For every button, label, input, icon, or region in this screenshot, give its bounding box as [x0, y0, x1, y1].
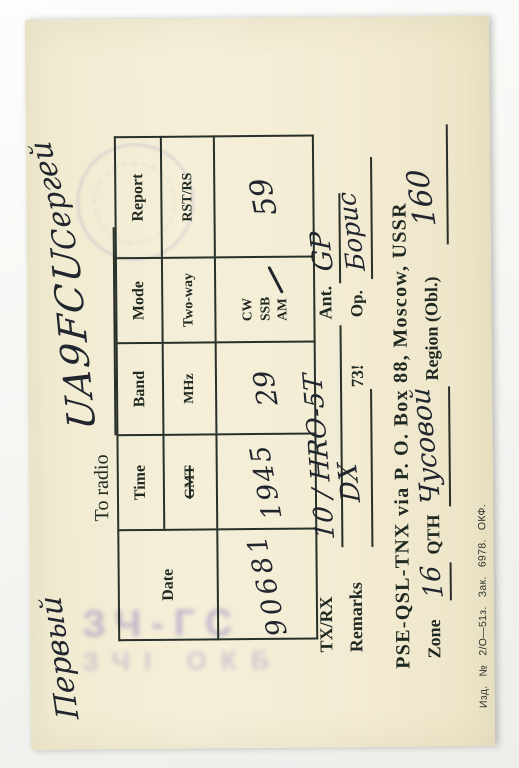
- table-subheader-mhz: MHz: [163, 342, 217, 434]
- qsl-card: ЗЧ-ГС ЗЧІ ОКБ Первый Сергей To radio UA9…: [25, 16, 495, 750]
- region-value: 160: [400, 169, 444, 226]
- table-header-date: Date: [118, 529, 218, 640]
- table-subheader-gmt: GMT: [163, 434, 217, 529]
- remarks-label: Remarks: [346, 582, 368, 652]
- region-label: Region (Obl.): [421, 276, 443, 380]
- table-header-band: Band: [117, 343, 164, 435]
- table-value-mode: CW SSB AM: [215, 257, 315, 343]
- mode-option-cw: CW: [238, 258, 256, 321]
- op-label: Op.: [347, 290, 367, 317]
- table-value-report: 59: [214, 136, 314, 258]
- table-subheader-twoway: Two-way: [162, 257, 216, 342]
- txrx-underline: [339, 325, 343, 547]
- ant-value: GP: [304, 231, 340, 271]
- table-value-date: 90681: [217, 529, 317, 640]
- table-header-time: Time: [117, 435, 164, 530]
- zone-value: 16: [415, 565, 450, 598]
- remarks-value: DX: [333, 463, 368, 503]
- to-radio-label: To radio: [91, 454, 115, 521]
- table-subheader-rstrs: RST/RS: [161, 136, 215, 257]
- printer-imprint: Изд. № 2/О—51з. Зак. 6978. ОКФ.: [476, 504, 490, 708]
- table-header-report: Report: [115, 137, 162, 258]
- table-value-time: 1945: [216, 434, 316, 530]
- qso-table: Date Time Band Mode Report GMT MHz Two-w…: [114, 135, 318, 642]
- remarks-underline: [370, 389, 373, 547]
- txrx-label: TX/RX: [316, 596, 337, 652]
- qth-label: QTH: [423, 514, 444, 554]
- zone-label: Zone: [424, 619, 445, 658]
- ant-label: Ant.: [315, 286, 336, 320]
- callsign-value: UA9FCU: [43, 246, 105, 431]
- seventy-three: 73!: [348, 364, 368, 387]
- handwritten-note-pervyi: Первый: [33, 596, 87, 719]
- table-header-mode: Mode: [116, 258, 163, 343]
- qth-underline: [448, 386, 451, 506]
- op-underline: [370, 157, 373, 279]
- region-underline: [446, 124, 449, 244]
- scanned-photo: ЗЧ-ГС ЗЧІ ОКБ Первый Сергей To radio UA9…: [0, 0, 519, 768]
